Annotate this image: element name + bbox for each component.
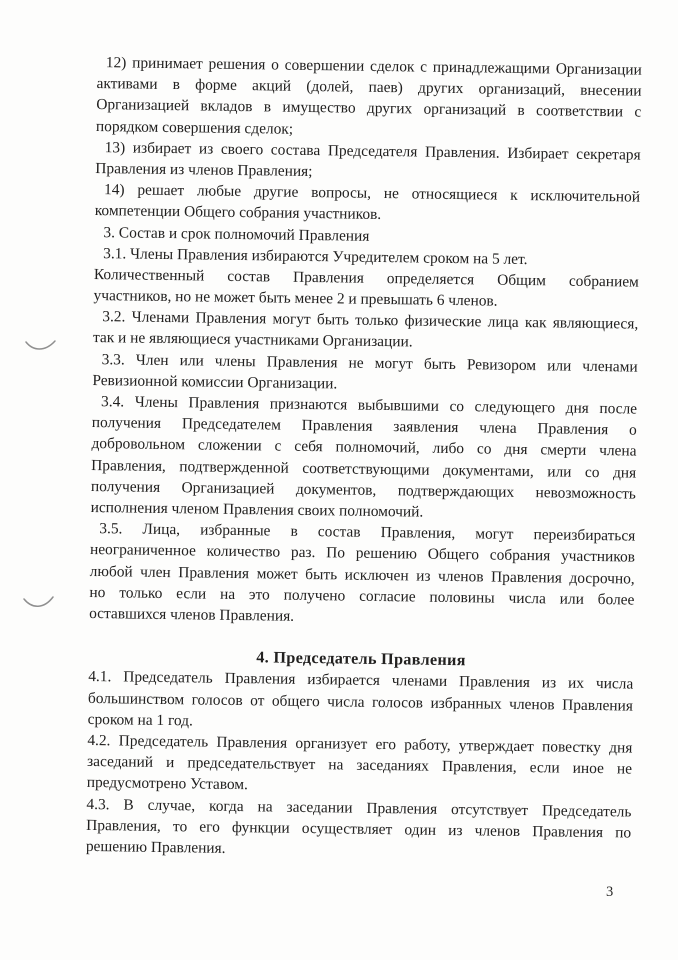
scanned-document-page: 12) принимает решения о совершении сдело… xyxy=(0,0,678,960)
handwritten-arc-mark xyxy=(22,593,56,613)
text-block: 12) принимает решения о совершении сдело… xyxy=(86,52,642,865)
handwritten-arc-mark xyxy=(24,338,58,356)
page-number: 3 xyxy=(606,884,613,901)
